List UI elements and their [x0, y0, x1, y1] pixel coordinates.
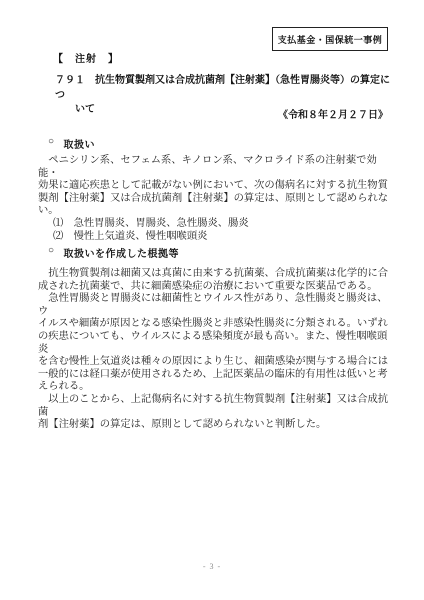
- document-category-tag: 【 注射 】: [53, 50, 119, 65]
- section-heading-handling: ○ 取扱い: [48, 136, 95, 151]
- case-category-stamp-box: 支払基金・国保統一事例: [272, 27, 388, 51]
- handling-paragraph: ペニシリン系、セフェム系、キノロン系、マクロライド系の注射薬で効能・ 効果に適応…: [38, 155, 394, 243]
- text-line: ペニシリン系、セフェム系、キノロン系、マクロライド系の注射薬で効能・: [38, 155, 394, 180]
- text-line: 効果に適応疾患として記載がない例において、次の傷病名に対する抗生物質: [38, 180, 394, 193]
- text-line: の疾患についても、ウイルスによる感染頻度が最も高い。また、慢性咽喉頭炎: [38, 331, 394, 356]
- section-heading-rationale: ○ 取扱いを作成した根拠等: [48, 245, 179, 260]
- text-line: えられる。: [38, 381, 394, 394]
- section-bullet-icon: ○: [48, 136, 55, 151]
- text-line: を含む慢性上気道炎は種々の原因により生じ、細菌感染が関与する場合には: [38, 356, 394, 369]
- text-line: 一般的には経口薬が使用されるため、上記医薬品の臨床的有用性は低いと考: [38, 369, 394, 382]
- document-date: 《令和８年２月２７日》: [278, 106, 388, 121]
- case-category-stamp-label: 支払基金・国保統一事例: [278, 33, 383, 46]
- text-line: イルスや細菌が原因となる感染性腸炎と非感染性腸炎に分類される。いずれ: [38, 318, 394, 331]
- list-item: ⑵ 慢性上気道炎、慢性咽喉頭炎: [38, 231, 394, 244]
- section-bullet-icon: ○: [48, 245, 55, 260]
- section-heading-label: 取扱いを作成した根拠等: [64, 245, 180, 260]
- list-item: ⑴ 急性胃腸炎、胃腸炎、急性腸炎、腸炎: [38, 218, 394, 231]
- text-line: 急性胃腸炎と胃腸炎には細菌性とウイルス性があり、急性腸炎と腸炎は、ウ: [38, 293, 394, 318]
- text-line: 成された抗菌薬で、共に細菌感染症の治療において重要な医薬品である。: [38, 281, 394, 294]
- section-heading-label: 取扱い: [64, 136, 96, 151]
- document-title-line1: ７９１ 抗生物質製剤又は合成抗菌剤【注射薬】（急性胃腸炎等）の算定につ: [55, 74, 395, 103]
- text-line: 抗生物質製剤は細菌又は真菌に由来する抗菌薬、合成抗菌薬は化学的に合: [38, 268, 394, 281]
- page-number: - 3 -: [0, 562, 424, 571]
- text-line: 以上のことから、上記傷病名に対する抗生物質製剤【注射薬】又は合成抗菌: [38, 394, 394, 419]
- text-line: 製剤【注射薬】又は合成抗菌剤【注射薬】の算定は、原則として認められない。: [38, 193, 394, 218]
- rationale-paragraph: 抗生物質製剤は細菌又は真菌に由来する抗菌薬、合成抗菌薬は化学的に合 成された抗菌…: [38, 268, 394, 432]
- text-line: 剤【注射薬】の算定は、原則として認められないと判断した。: [38, 419, 394, 432]
